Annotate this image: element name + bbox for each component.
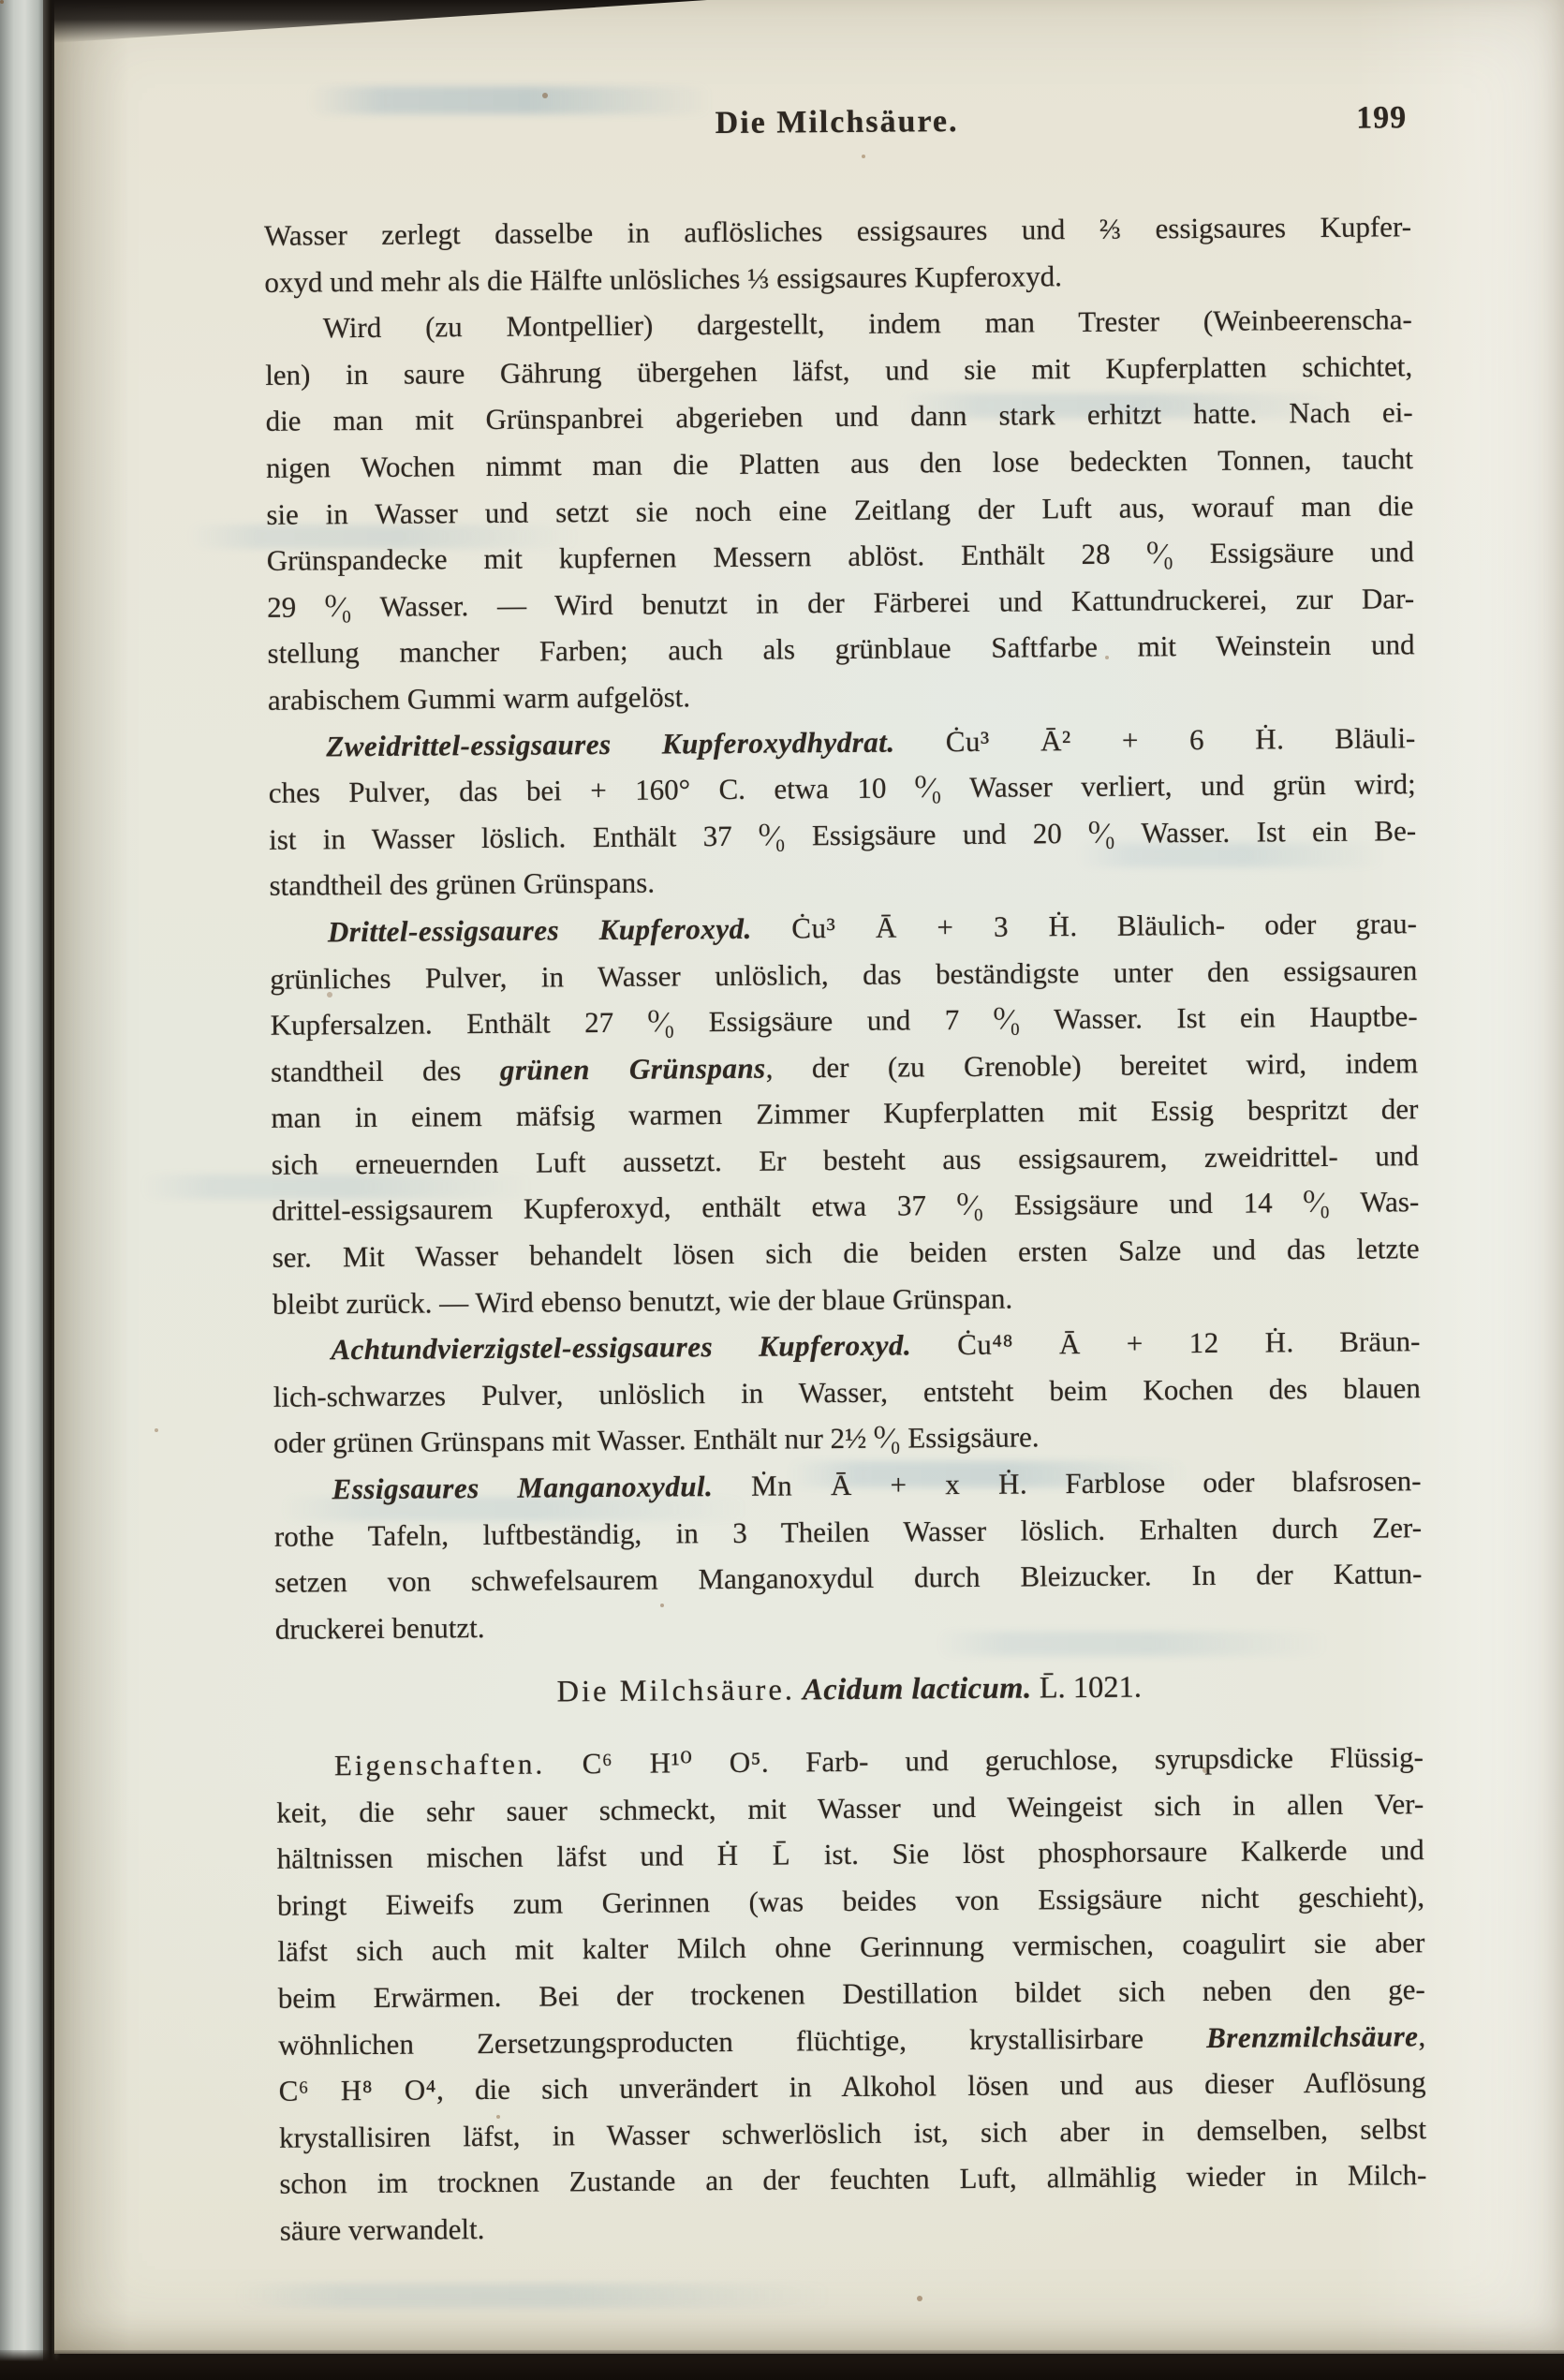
- text-line: druckerei benutzt.: [275, 1597, 1423, 1652]
- text-segment: standtheil des grünen Grünspans.: [269, 866, 655, 902]
- text-segment: stellung mancher Farben; auch als grünbl…: [267, 628, 1414, 671]
- text-segment: keit, die sehr sauer schmeckt, mit Wasse…: [276, 1787, 1424, 1829]
- text-line: lich-schwarzes Pulver, unlöslich in Wass…: [273, 1365, 1421, 1420]
- text-segment: , der (zu Grenoble) bereitet wird, indem: [766, 1046, 1419, 1084]
- foxing-specks: [0, 0, 4, 4]
- text-segment: 29 ⁰⁄₀ Wasser. — Wird benutzt in der Fär…: [267, 582, 1414, 624]
- text-segment: ,: [1418, 2019, 1425, 2052]
- chemical-formula: Ċu⁴⁸ Ā + 12 Ḣ.: [911, 1325, 1294, 1361]
- adjacent-page-edge: [0, 0, 45, 2380]
- running-header-title: Die Milchsäure.: [263, 100, 1410, 145]
- text-segment: wöhnlichen Zersetzungsproducten flüchtig…: [278, 2021, 1206, 2062]
- text-segment: setzen von schwefelsaurem Manganoxydul d…: [274, 1557, 1422, 1599]
- scan-shadow-bottom: [0, 2350, 1564, 2380]
- text-segment: Essigsaures Manganoxydul.: [332, 1470, 713, 1505]
- text-segment: standtheil des: [271, 1054, 500, 1088]
- text-segment: len) in saure Gährung übergehen läfst, u…: [265, 349, 1412, 392]
- text-segment: die man mit Grünspanbrei abgerieben und …: [265, 396, 1412, 438]
- text-segment: Acidum lacticum.: [803, 1671, 1032, 1707]
- text-segment: bringt Eiweifs zum Gerinnen (was beides …: [277, 1880, 1424, 1922]
- text-segment: rothe Tafeln, luftbeständig, in 3 Theile…: [274, 1511, 1422, 1553]
- text-segment: ser. Mit Wasser behandelt lösen sich die…: [272, 1232, 1419, 1274]
- text-segment: sich erneuernden Luft aussetzt. Er beste…: [272, 1139, 1419, 1181]
- page-content: Die Milchsäure. 199 Wasser zerlegt dasse…: [262, 0, 1428, 2358]
- text-segment: Bräun-: [1294, 1324, 1421, 1358]
- chemical-formula: Ċu³ Ā² + 6 Ḣ.: [894, 722, 1284, 758]
- chemical-formula: C⁶ H⁸ O⁴: [278, 2074, 436, 2107]
- text-segment: Eigenschaften.: [334, 1748, 546, 1782]
- text-segment: sie in Wasser und setzt sie noch eine Ze…: [266, 489, 1413, 531]
- text-line: ser. Mit Wasser behandelt lösen sich die…: [272, 1225, 1419, 1280]
- page-number: 199: [1356, 100, 1407, 136]
- text-segment: Achtundvierzigstel-essigsaures Kupferoxy…: [331, 1329, 911, 1367]
- text-segment: grünliches Pulver, in Wasser unlöslich, …: [270, 953, 1417, 996]
- text-segment: oxyd und mehr als die Hälfte unlösliches…: [264, 259, 1062, 299]
- text-segment: [795, 1673, 803, 1707]
- text-segment: grünen Grünspans: [500, 1051, 766, 1086]
- text-segment: , die sich unverändert in Alkohol lösen …: [436, 2065, 1426, 2106]
- text-line: Eigenschaften. C⁶ H¹⁰ O⁵. Farb- und geru…: [276, 1734, 1424, 1789]
- text-line: ist in Wasser löslich. Enthält 37 ⁰⁄₀ Es…: [269, 807, 1416, 863]
- text-line: säure verwandelt.: [280, 2198, 1427, 2254]
- text-segment: man in einem mäfsig warmen Zimmer Kupfer…: [271, 1092, 1418, 1134]
- text-segment: Wasser zerlegt dasselbe in auflösliches …: [264, 210, 1411, 252]
- text-segment: Farblose oder blafsrosen-: [1027, 1464, 1422, 1500]
- text-segment: Zweidrittel-essigsaures Kupferoxydhydrat…: [326, 725, 895, 762]
- text-segment: beim Erwärmen. Bei der trockenen Destill…: [278, 1973, 1425, 2015]
- text-segment: Brenzmilchsäure: [1206, 2019, 1419, 2054]
- text-line: nigen Wochen nimmt man die Platten aus d…: [266, 436, 1413, 491]
- chemical-formula: Ċu³ Ā + 3 Ḣ.: [752, 909, 1078, 945]
- text-segment: Grünspandecke mit kupfernen Messern ablö…: [267, 535, 1414, 577]
- text-line: Essigsaures Manganoxydul. Ṁn Ā + x Ḣ. Fa…: [273, 1457, 1421, 1513]
- running-header: Die Milchsäure. 199: [263, 100, 1410, 156]
- text-segment: Wird (zu Montpellier) dargestellt, indem…: [323, 303, 1412, 344]
- chemical-formula: C⁶ H¹⁰ O⁵.: [545, 1746, 769, 1781]
- text-segment: krystallisiren läfst, in Wasser schwerlö…: [279, 2112, 1426, 2154]
- text-segment: ist in Wasser löslich. Enthält 37 ⁰⁄₀ Es…: [269, 814, 1416, 856]
- text-segment: Bläuli-: [1284, 721, 1415, 755]
- text-segment: drittel-essigsaurem Kupferoxyd, enthält …: [272, 1186, 1419, 1228]
- text-segment: Bläulich- oder grau-: [1078, 907, 1417, 942]
- text-segment: oder grünen Grünspans mit Wasser. Enthäl…: [273, 1421, 1040, 1459]
- text-segment: Drittel-essigsaures Kupferoxyd.: [328, 912, 752, 949]
- chemical-formula: Ḣ L̄: [716, 1839, 790, 1872]
- text-segment: ches Pulver, das bei + 160° C. etwa 10 ⁰…: [269, 767, 1416, 809]
- text-block-lower: Eigenschaften. C⁶ H¹⁰ O⁵. Farb- und geru…: [276, 1734, 1427, 2254]
- text-segment: Farb- und geruchlose, syrupsdicke Flüssi…: [769, 1740, 1424, 1778]
- text-segment: säure verwandelt.: [280, 2212, 485, 2247]
- text-segment: Die Milchsäure.: [556, 1673, 795, 1708]
- text-line: schon im trocknen Zustande an der feucht…: [279, 2151, 1426, 2207]
- text-segment: lich-schwarzes Pulver, unlöslich in Wass…: [273, 1371, 1421, 1413]
- text-segment: ist. Sie löst phosphorsaure Kalkerde und: [790, 1833, 1424, 1870]
- chemical-formula: Ṁn Ā + x Ḣ.: [713, 1468, 1027, 1503]
- text-segment: läfst sich auch mit kalter Milch ohne Ge…: [277, 1927, 1424, 1969]
- text-segment: bleibt zurück. — Wird ebenso benutzt, wi…: [273, 1281, 1012, 1320]
- text-segment: Kupfersalzen. Enthält 27 ⁰⁄₀ Essigsäure …: [271, 999, 1418, 1042]
- text-line: setzen von schwefelsaurem Manganoxydul d…: [274, 1550, 1422, 1605]
- text-segment: L̄. 1021.: [1031, 1671, 1142, 1706]
- text-line: Drittel-essigsaures Kupferoxyd. Ċu³ Ā + …: [270, 900, 1417, 955]
- text-line: beim Erwärmen. Bei der trockenen Destill…: [278, 1966, 1425, 2021]
- scanned-book-page: Die Milchsäure. 199 Wasser zerlegt dasse…: [0, 0, 1564, 2380]
- text-segment: nigen Wochen nimmt man die Platten aus d…: [266, 442, 1413, 484]
- text-segment: hältnissen mischen läfst und: [277, 1839, 717, 1875]
- text-segment: arabischem Gummi warm aufgelöst.: [268, 680, 690, 717]
- text-segment: druckerei benutzt.: [275, 1611, 485, 1646]
- section-heading: Die Milchsäure. Acidum lacticum. L̄. 102…: [275, 1668, 1423, 1712]
- text-line: Wasser zerlegt dasselbe in auflösliches …: [264, 203, 1411, 259]
- text-line: stellung mancher Farben; auch als grünbl…: [267, 622, 1414, 677]
- text-segment: schon im trocknen Zustande an der feucht…: [279, 2158, 1426, 2200]
- text-block-upper: Wasser zerlegt dasselbe in auflösliches …: [264, 203, 1423, 1652]
